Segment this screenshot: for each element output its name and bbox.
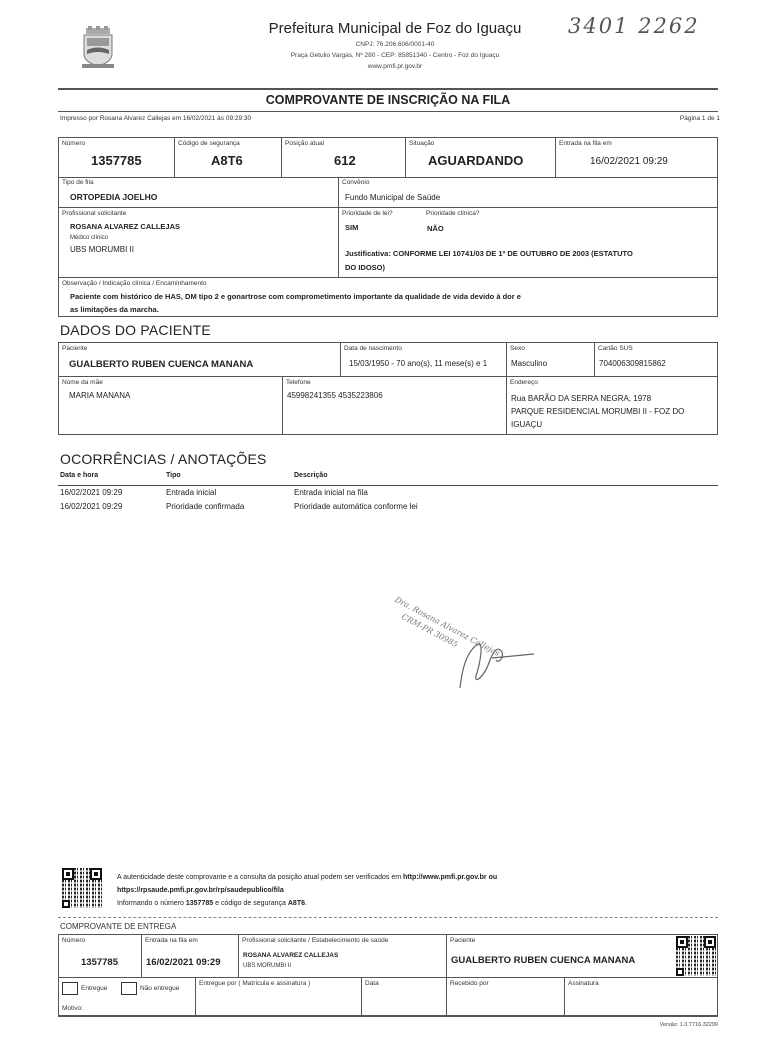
- summary-row: Número 1357785 Código de segurança A8T6 …: [58, 137, 718, 178]
- cartao-sus-label: Cartão SUS: [598, 345, 633, 352]
- auth-line3: Informando o número 1357785 e código de …: [117, 900, 307, 907]
- occ-header-tipo: Tipo: [166, 472, 181, 479]
- endereco-line1: Rua BARÃO DA SERRA NEGRA, 1978: [511, 394, 651, 403]
- nascimento-value: 15/03/1950 - 70 ano(s), 11 mese(s) e 1: [349, 359, 487, 368]
- endereco-cell: Endereço Rua BARÃO DA SERRA NEGRA, 1978 …: [507, 377, 718, 435]
- auth-code: A8T6: [288, 900, 305, 907]
- profissional-cell: Profissional solicitante ROSANA ALVAREZ …: [59, 208, 339, 278]
- qr-code-icon: [62, 868, 102, 908]
- delivery-title: COMPROVANTE DE ENTREGA: [60, 922, 176, 931]
- delivery-profissional-label: Profissional solicitante / Estabelecimen…: [242, 937, 388, 944]
- observacao-line2: as limitações da marcha.: [70, 305, 159, 314]
- delivery-profissional-cell: Profissional solicitante / Estabelecimen…: [239, 935, 447, 978]
- tipo-fila-value: ORTOPEDIA JOELHO: [70, 192, 157, 202]
- delivery-profissional-unit: UBS MORUMBI II: [243, 963, 291, 969]
- convenio-cell: Convênio Fundo Municipal de Saúde: [339, 177, 718, 208]
- occurrence-row: 16/02/2021 09:29 Entrada inicial Entrada…: [58, 488, 718, 502]
- entregue-label: Entregue: [81, 985, 107, 992]
- codigo-label: Código de segurança: [178, 140, 240, 147]
- justificativa-line1: Justificativa: CONFORME LEI 10741/03 DE …: [345, 249, 633, 258]
- delivery-paciente-value: GUALBERTO RUBEN CUENCA MANANA: [451, 955, 635, 966]
- motivo-label: Motivo:: [62, 1005, 83, 1012]
- org-website: www.pmfi.pr.gov.br: [0, 63, 768, 70]
- handwritten-note: 3401 2262: [568, 14, 700, 38]
- occ-header-descricao: Descrição: [294, 472, 327, 479]
- printed-by: Impresso por Rosana Alvarez Callejas em …: [60, 115, 251, 122]
- mae-value: MARIA MANANA: [69, 391, 130, 400]
- auth-line1-text: A autenticidade deste comprovante e a co…: [117, 874, 403, 881]
- mae-cell: Nome da mãe MARIA MANANA: [59, 377, 283, 435]
- numero-label: Número: [62, 140, 85, 147]
- mae-label: Nome da mãe: [62, 379, 103, 386]
- telefone-cell: Telefone 45998241355 4535223806: [283, 377, 507, 435]
- auth-line3-prefix: Informando o número: [117, 900, 186, 907]
- entrada-label: Entrada na fila em: [559, 140, 612, 147]
- delivery-numero-value: 1357785: [81, 957, 118, 968]
- delivery-paciente-label: Paciente: [450, 937, 475, 944]
- header-divider: [58, 88, 718, 90]
- occurrence-row: 16/02/2021 09:29 Prioridade confirmada P…: [58, 502, 718, 516]
- occ-header-divider: [58, 485, 718, 486]
- recebido-por-cell[interactable]: Recebido por: [447, 978, 565, 1016]
- tipo-fila-cell: Tipo de fila ORTOPEDIA JOELHO: [59, 177, 339, 208]
- occ-datetime: 16/02/2021 09:29: [60, 488, 122, 497]
- situacao-label: Situação: [409, 140, 434, 147]
- paciente-value: GUALBERTO RUBEN CUENCA MANANA: [69, 359, 253, 370]
- endereco-line2: PARQUE RESIDENCIAL MORUMBI II - FOZ DO: [511, 407, 684, 416]
- posicao-label: Posição atual: [285, 140, 324, 147]
- cut-line: [58, 917, 718, 918]
- entregue-por-label: Entregue por ( Matrícula e assinatura ): [199, 980, 310, 987]
- title-divider: [58, 111, 718, 112]
- profissional-name: ROSANA ALVAREZ CALLEJAS: [70, 222, 180, 231]
- occ-tipo: Prioridade confirmada: [166, 502, 244, 511]
- auth-number: 1357785: [186, 900, 213, 907]
- entrada-cell: Entrada na fila em 16/02/2021 09:29: [556, 138, 718, 178]
- auth-website-link[interactable]: http://www.pmfi.pr.gov.br ou: [403, 874, 497, 881]
- occ-datetime: 16/02/2021 09:29: [60, 502, 122, 511]
- auth-line3-end: .: [305, 900, 307, 907]
- queue-details: Tipo de fila ORTOPEDIA JOELHO Convênio F…: [58, 177, 718, 317]
- nao-entregue-label: Não entregue: [140, 985, 179, 992]
- situacao-value: AGUARDANDO: [428, 153, 523, 168]
- delivery-numero-label: Número: [62, 937, 85, 944]
- sexo-value: Masculino: [511, 359, 547, 368]
- cartao-sus-value: 704006309815862: [599, 359, 666, 368]
- prioridade-lei-label: Prioridade de lei?: [342, 210, 393, 217]
- version-label: Versão: 1.0.7716.32299: [660, 1022, 718, 1028]
- observacao-line1: Paciente com histórico de HAS, DM tipo 2…: [70, 292, 521, 301]
- org-cnpj: CNPJ: 76.206.606/0001-40: [0, 41, 768, 48]
- prioridade-clinica-value: NÃO: [427, 224, 444, 233]
- occ-header-datetime: Data e hora: [60, 472, 98, 479]
- delivery-entrada-value: 16/02/2021 09:29: [146, 957, 220, 968]
- assinatura-label: Assinatura: [568, 980, 599, 987]
- occ-descricao: Prioridade automática conforme lei: [294, 502, 418, 511]
- observacao-label: Observação / Indicação clínica / Encamin…: [62, 280, 207, 287]
- delivery-profissional-name: ROSANA ALVAREZ CALLEJAS: [243, 952, 338, 959]
- delivery-status-cell: Entregue Não entregue Motivo:: [59, 978, 196, 1016]
- convenio-value: Fundo Municipal de Saúde: [345, 193, 440, 202]
- delivery-entrada-cell: Entrada na fila em 16/02/2021 09:29: [142, 935, 239, 978]
- data-label: Data: [365, 980, 379, 987]
- sexo-label: Sexo: [510, 345, 525, 352]
- paciente-label: Paciente: [62, 345, 87, 352]
- tipo-fila-label: Tipo de fila: [62, 179, 94, 186]
- delivery-numero-cell: Número 1357785: [59, 935, 142, 978]
- nascimento-cell: Data de nascimento 15/03/1950 - 70 ano(s…: [341, 343, 507, 377]
- profissional-label: Profissional solicitante: [62, 210, 126, 217]
- codigo-value: A8T6: [211, 153, 243, 168]
- page-number: Página 1 de 1: [680, 115, 720, 122]
- auth-fila-link[interactable]: https://rpsaude.pmfi.pr.gov.br/rp/saudep…: [117, 887, 284, 894]
- profissional-role: Médico clínico: [70, 235, 108, 241]
- entregue-por-cell[interactable]: Entregue por ( Matrícula e assinatura ): [196, 978, 362, 1016]
- occurrences-section-title: OCORRÊNCIAS / ANOTAÇÕES: [60, 451, 267, 467]
- prioridade-lei-value: SIM: [345, 223, 358, 232]
- occ-descricao: Entrada inicial na fila: [294, 488, 368, 497]
- observacao-cell: Observação / Indicação clínica / Encamin…: [59, 278, 718, 316]
- numero-value: 1357785: [91, 153, 142, 168]
- paciente-cell: Paciente GUALBERTO RUBEN CUENCA MANANA: [59, 343, 341, 377]
- telefone-label: Telefone: [286, 379, 311, 386]
- delivery-paciente-cell: Paciente GUALBERTO RUBEN CUENCA MANANA: [447, 935, 718, 978]
- assinatura-cell[interactable]: Assinatura: [565, 978, 718, 1016]
- occ-tipo: Entrada inicial: [166, 488, 216, 497]
- document-title: COMPROVANTE DE INSCRIÇÃO NA FILA: [58, 93, 718, 107]
- justificativa-line2: DO IDOSO): [345, 263, 385, 272]
- cartao-sus-cell: Cartão SUS 704006309815862: [595, 343, 718, 377]
- data-cell[interactable]: Data: [362, 978, 447, 1016]
- patient-details: Paciente GUALBERTO RUBEN CUENCA MANANA D…: [58, 342, 718, 435]
- recebido-por-label: Recebido por: [450, 980, 489, 987]
- nascimento-label: Data de nascimento: [344, 345, 402, 352]
- entrada-value: 16/02/2021 09:29: [590, 156, 668, 167]
- auth-line3-mid: e código de segurança: [213, 900, 288, 907]
- delivery-receipt: Número 1357785 Entrada na fila em 16/02/…: [58, 934, 718, 1017]
- auth-line1: A autenticidade deste comprovante e a co…: [117, 874, 497, 881]
- numero-cell: Número 1357785: [59, 138, 175, 178]
- delivery-entrada-label: Entrada na fila em: [145, 937, 198, 944]
- sexo-cell: Sexo Masculino: [507, 343, 595, 377]
- nao-entregue-checkbox[interactable]: [121, 982, 137, 995]
- situacao-cell: Situação AGUARDANDO: [406, 138, 556, 178]
- delivery-qr-code-icon: [676, 936, 716, 976]
- telefone-value: 45998241355 4535223806: [287, 391, 383, 400]
- endereco-label: Endereço: [510, 379, 538, 386]
- patient-section-title: DADOS DO PACIENTE: [60, 322, 211, 338]
- prioridade-clinica-label: Prioridade clínica?: [426, 210, 479, 217]
- endereco-line3: IGUAÇU: [511, 420, 542, 429]
- entregue-checkbox[interactable]: [62, 982, 78, 995]
- posicao-value: 612: [334, 153, 356, 168]
- org-address: Praça Getulio Vargas, Nº 280 - CEP: 8585…: [0, 52, 768, 59]
- convenio-label: Convênio: [342, 179, 369, 186]
- prioridade-cell: Prioridade de lei? Prioridade clínica? S…: [339, 208, 718, 278]
- handwritten-signature: [440, 630, 540, 692]
- posicao-cell: Posição atual 612: [282, 138, 406, 178]
- profissional-unit: UBS MORUMBI II: [70, 245, 134, 254]
- codigo-cell: Código de segurança A8T6: [175, 138, 282, 178]
